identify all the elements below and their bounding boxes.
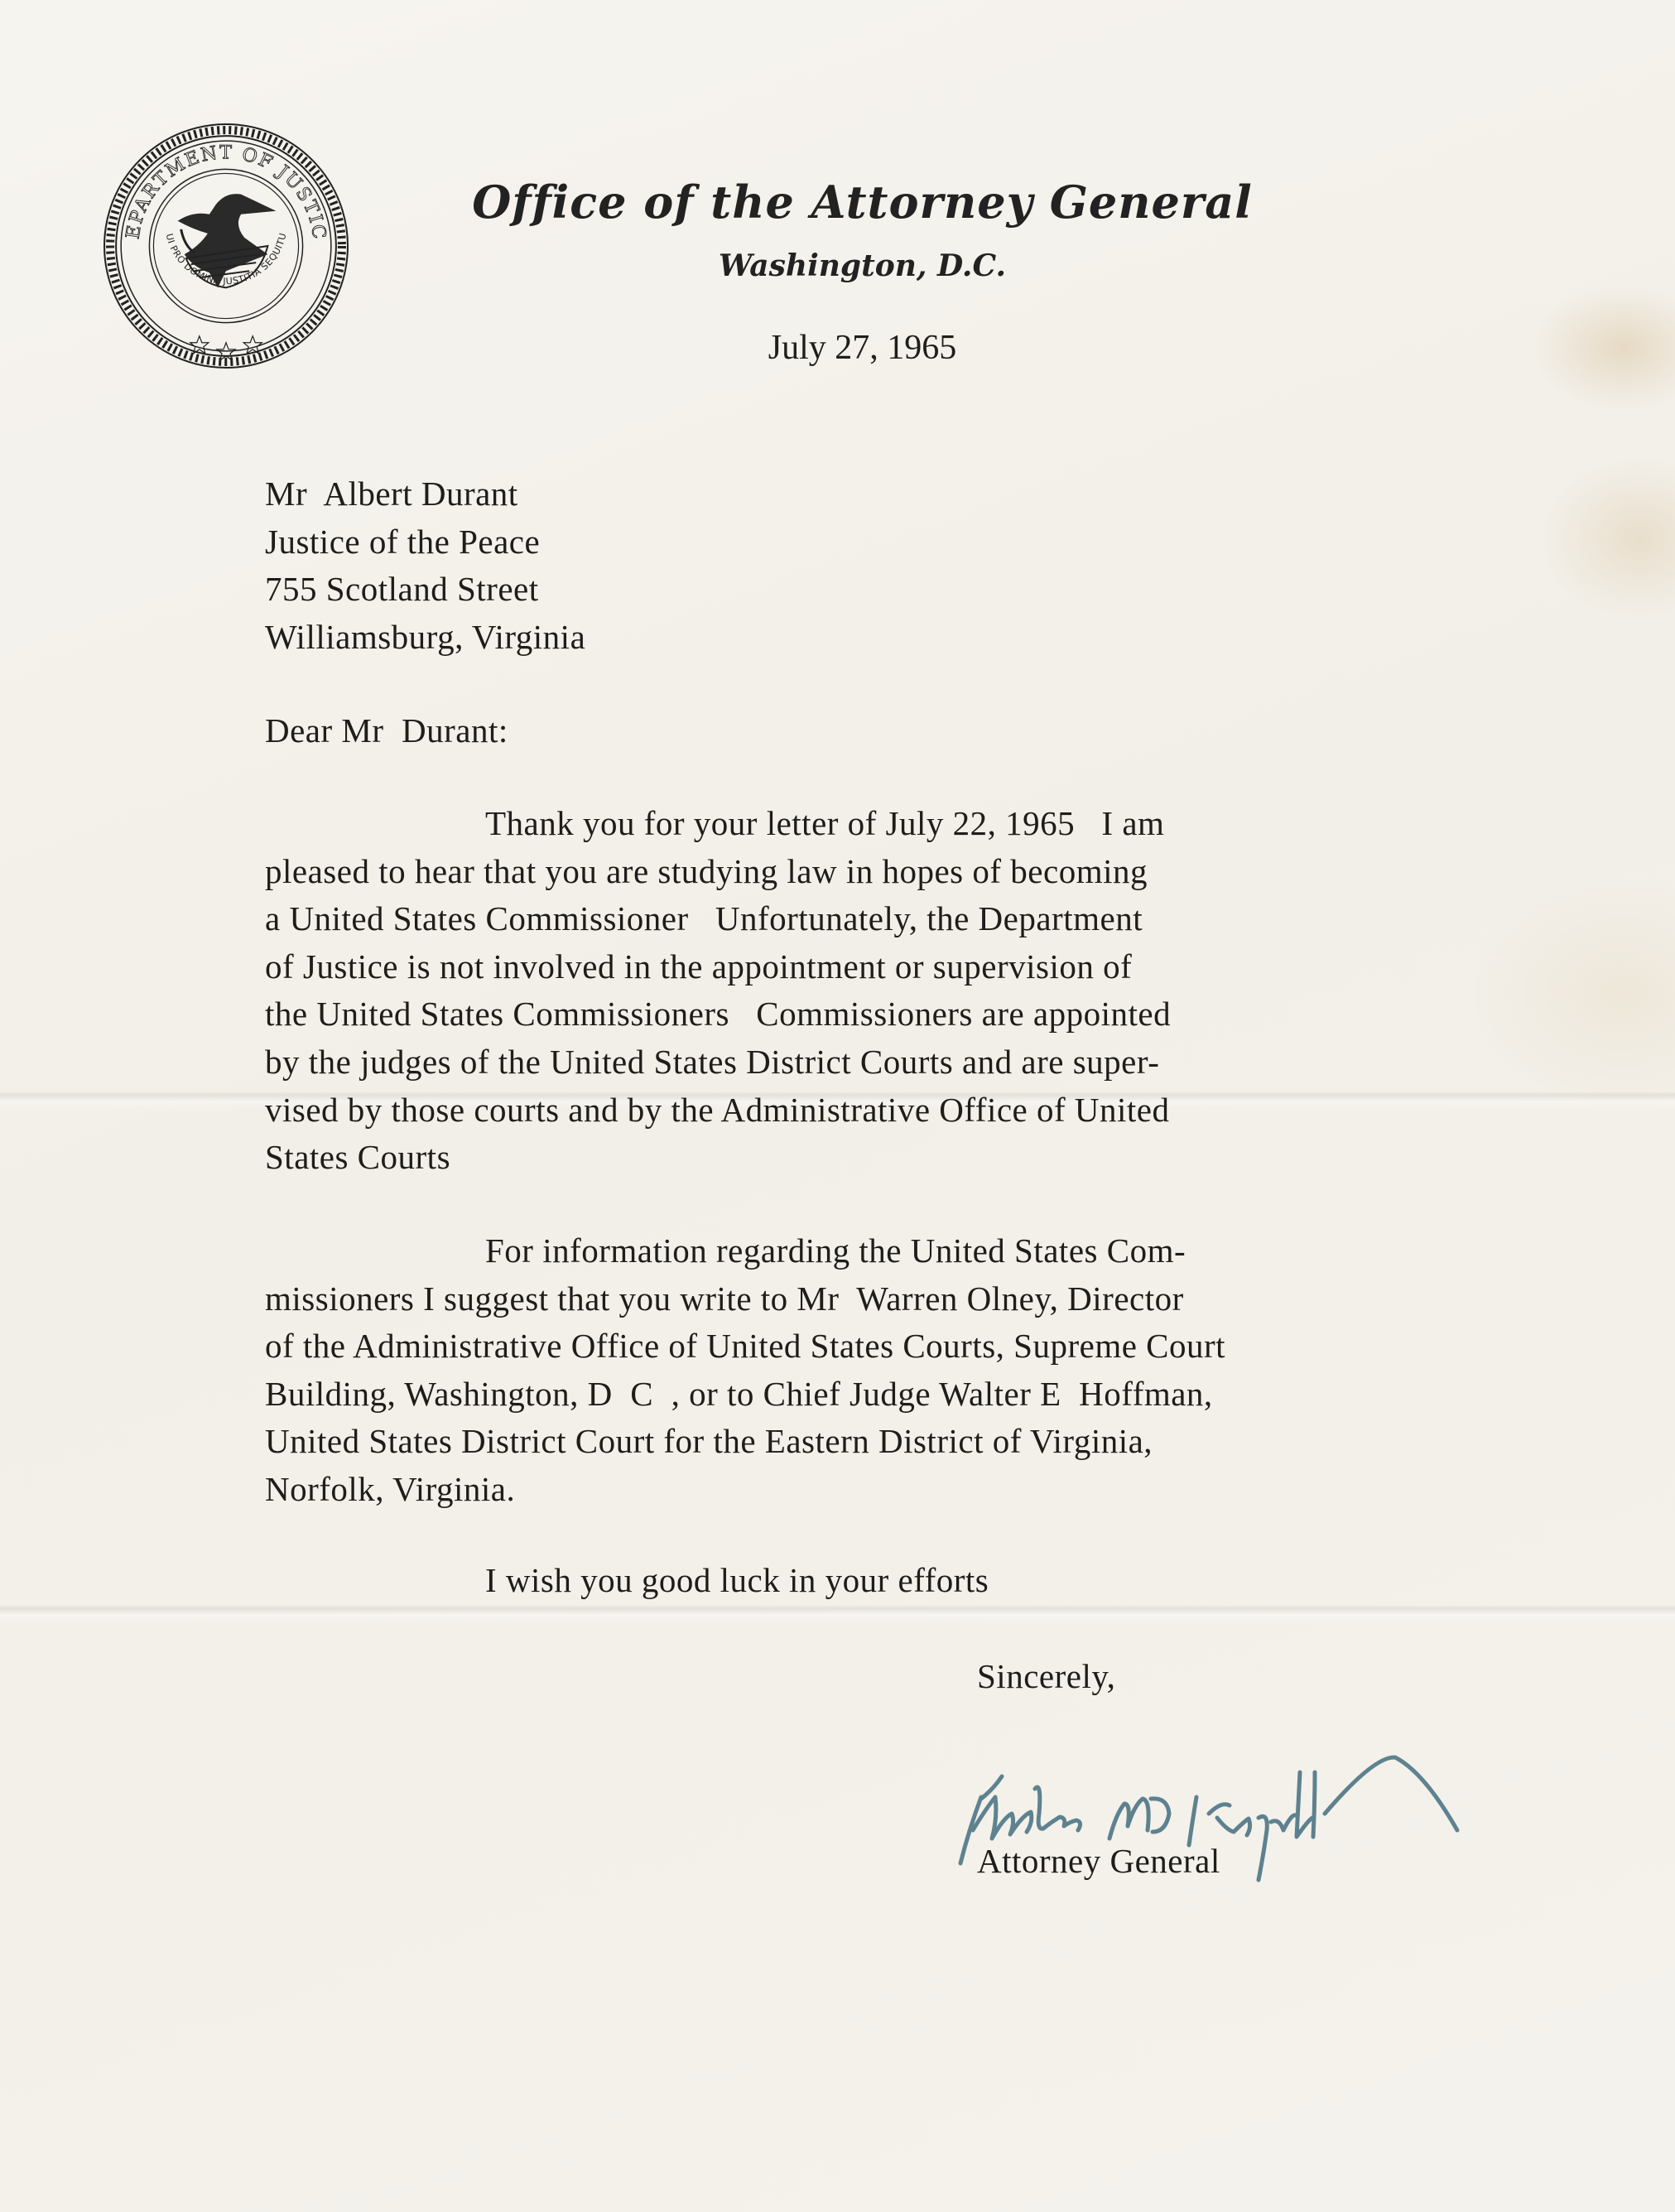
recipient-city: Williamsburg, Virginia xyxy=(265,614,585,662)
paragraph-line: United States District Court for the Eas… xyxy=(265,1418,1606,1466)
paragraph-line: Norfolk, Virginia. xyxy=(265,1466,1606,1514)
paragraph-line: a United States Commissioner Unfortunate… xyxy=(265,895,1606,943)
paragraph-line: vised by those courts and by the Adminis… xyxy=(265,1087,1606,1135)
recipient-name: Mr Albert Durant xyxy=(265,470,585,518)
salutation: Dear Mr Durant: xyxy=(265,711,508,750)
recipient-street: 755 Scotland Street xyxy=(265,566,585,614)
letter-date: July 27, 1965 xyxy=(0,328,1675,368)
paragraph-line: missioners I suggest that you write to M… xyxy=(265,1275,1606,1323)
paragraph-line: States Courts xyxy=(265,1134,1606,1182)
body-paragraph-3: I wish you good luck in your efforts xyxy=(265,1557,1606,1605)
paragraph-line: of the Administrative Office of United S… xyxy=(265,1323,1606,1371)
paragraph-line: pleased to hear that you are studying la… xyxy=(265,848,1606,896)
paragraph-line: the United States Commissioners Commissi… xyxy=(265,990,1606,1039)
letterhead-city: Washington, D.C. xyxy=(0,248,1675,283)
recipient-title: Justice of the Peace xyxy=(265,518,585,566)
signer-title: Attorney General xyxy=(977,1841,1220,1881)
paragraph-line: of Justice is not involved in the appoin… xyxy=(265,943,1606,991)
paragraph-line: Thank you for your letter of July 22, 19… xyxy=(265,800,1606,848)
paragraph-line: Building, Washington, D C , or to Chief … xyxy=(265,1371,1606,1419)
body-paragraph-2: For information regarding the United Sta… xyxy=(265,1227,1606,1514)
paragraph-line: I wish you good luck in your efforts xyxy=(265,1557,1606,1605)
letter-page: DEPARTMENT OF JUSTICE QUI PRO DOMINA JUS… xyxy=(0,0,1675,2212)
body-paragraph-1: Thank you for your letter of July 22, 19… xyxy=(265,800,1606,1182)
closing: Sincerely, xyxy=(977,1656,1115,1696)
recipient-address: Mr Albert Durant Justice of the Peace 75… xyxy=(265,470,585,661)
letterhead-title: Office of the Attorney General xyxy=(0,176,1675,229)
paragraph-line: by the judges of the United States Distr… xyxy=(265,1039,1606,1087)
paragraph-line: For information regarding the United Sta… xyxy=(265,1227,1606,1275)
